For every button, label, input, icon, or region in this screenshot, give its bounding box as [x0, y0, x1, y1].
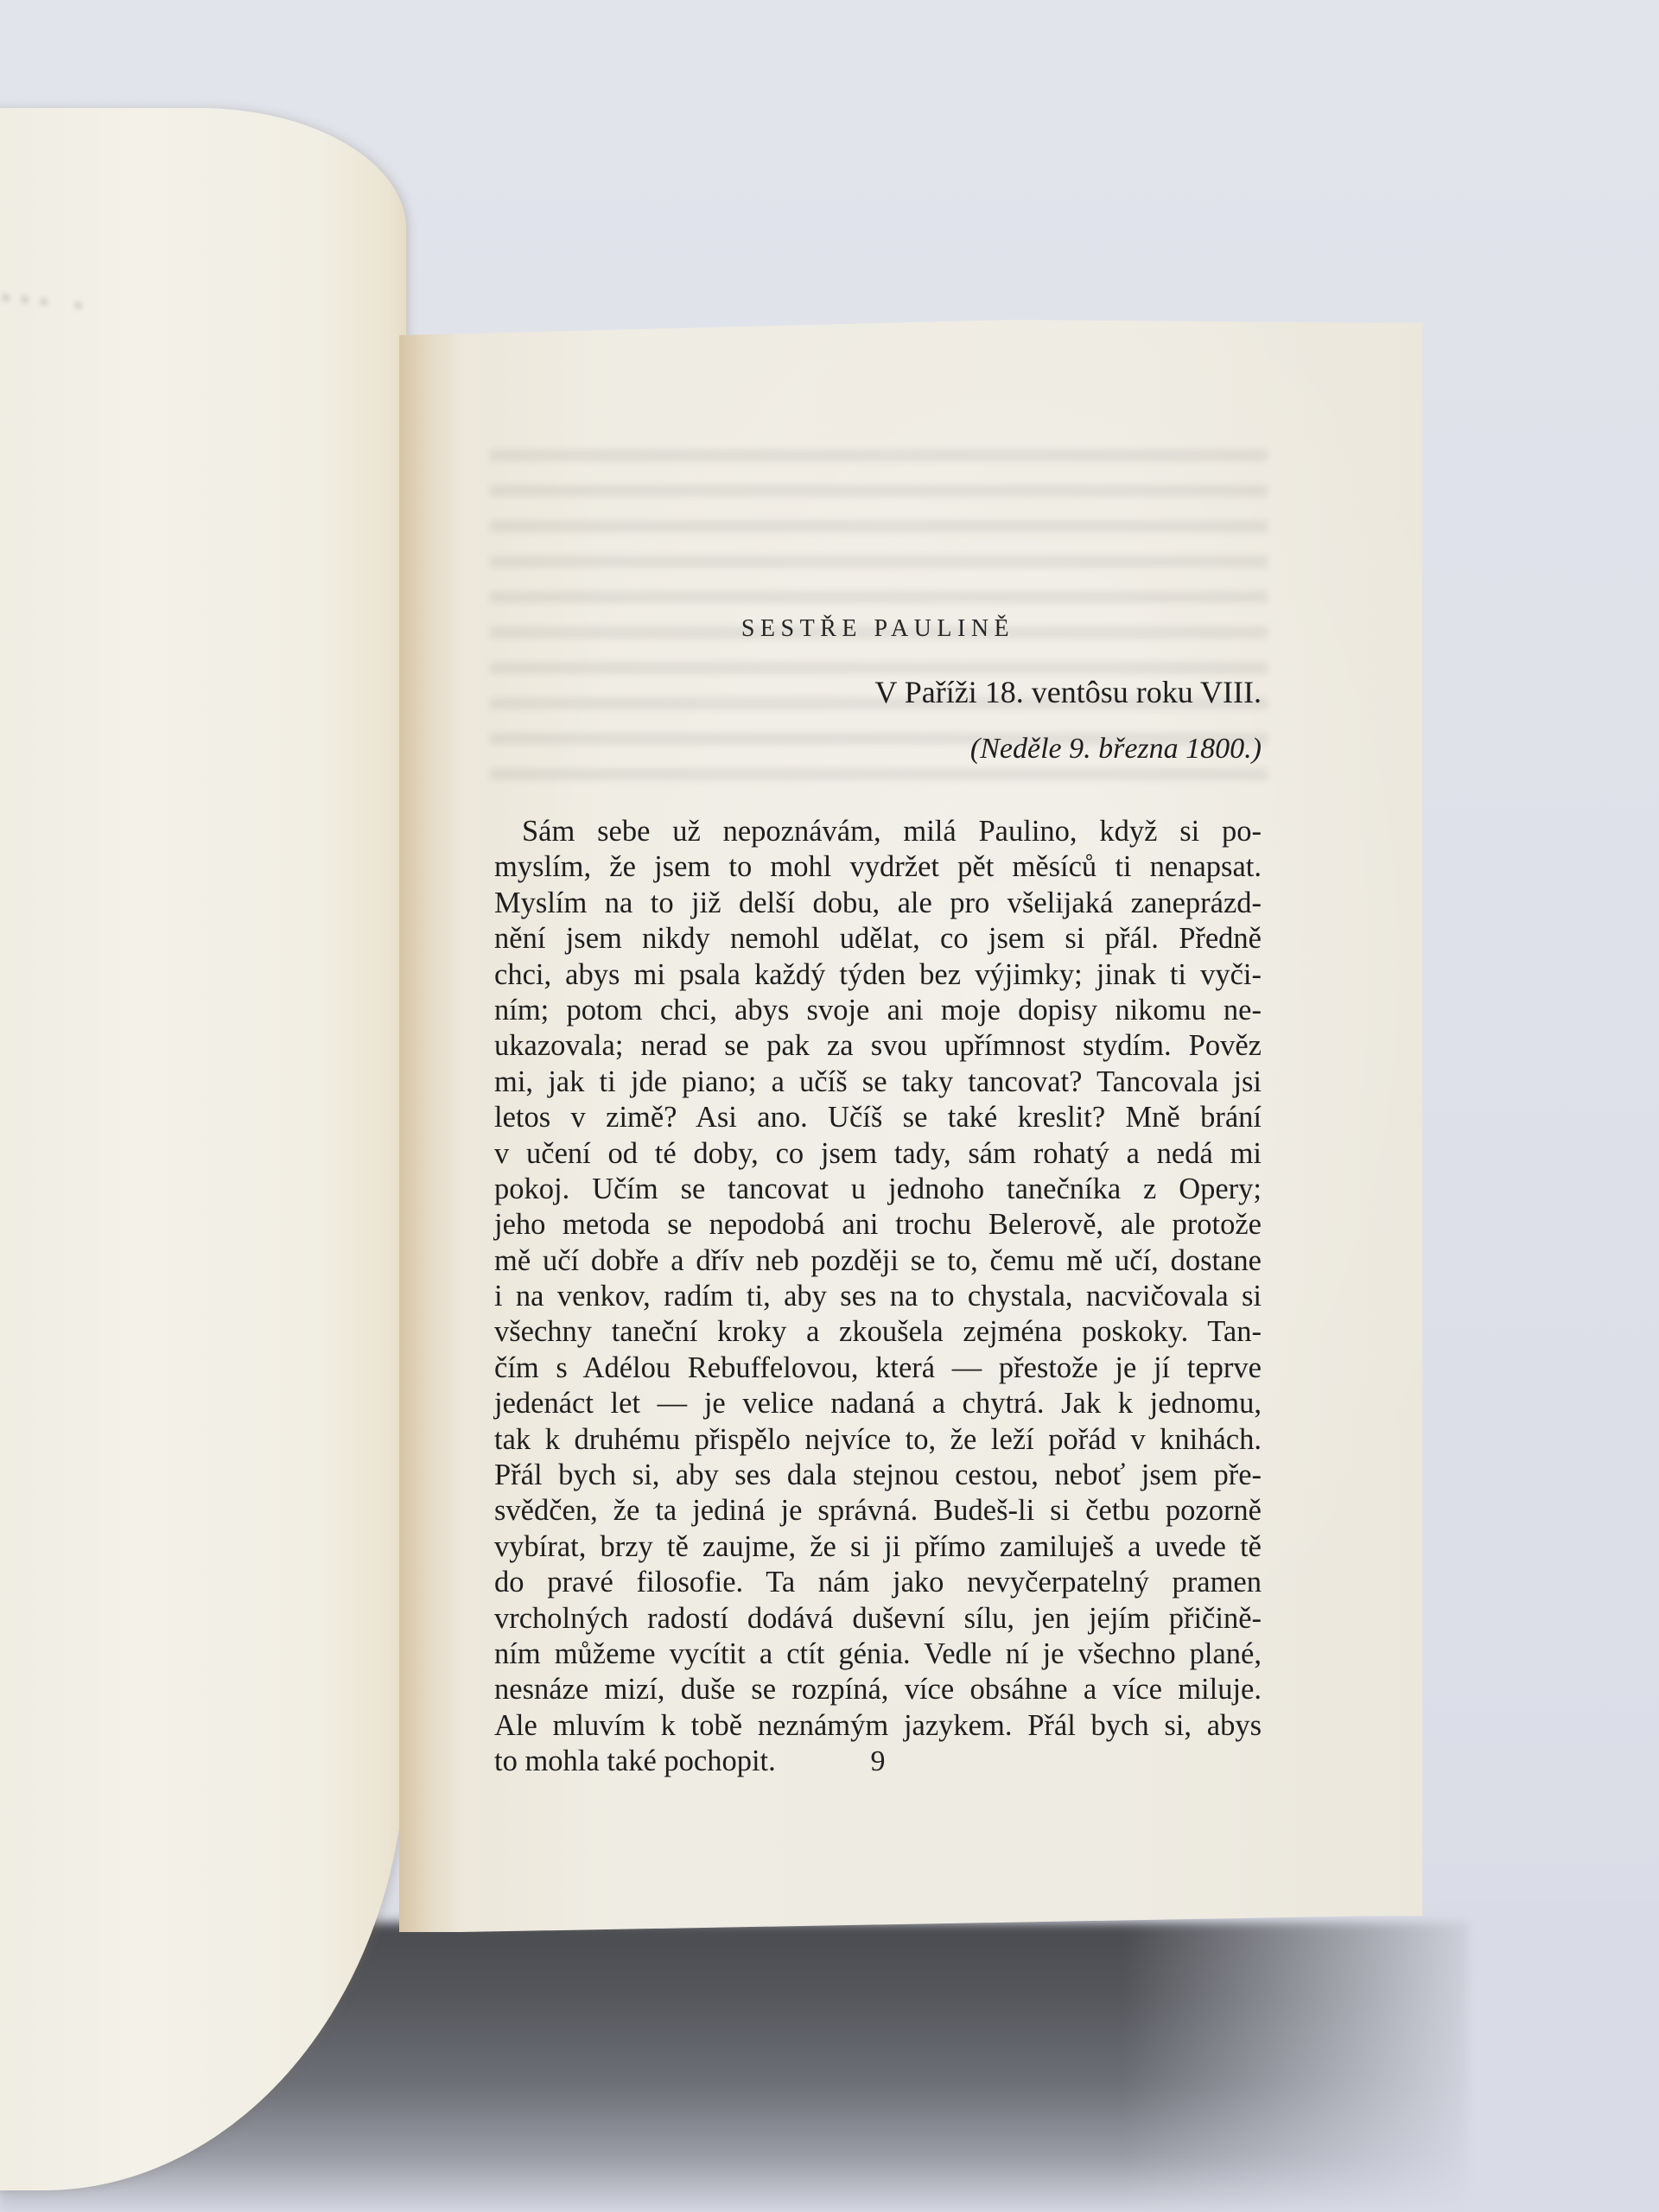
body-line: jedenáct let — je velice nadaná a chytrá… — [494, 1386, 1262, 1421]
body-line: mi, jak ti jde piano; a učíš se taky tan… — [494, 1065, 1262, 1100]
body-line: čím s Adélou Rebuffelovou, která — přest… — [494, 1351, 1262, 1386]
body-line: nesnáze mizí, duše se rozpíná, více obsá… — [494, 1672, 1262, 1707]
body-line: svědčen, že ta jediná je správná. Budeš-… — [494, 1493, 1262, 1529]
body-line: nění jsem nikdy nemohl udělat, co jsem s… — [494, 921, 1262, 957]
body-line: vrcholných radostí dodává duševní sílu, … — [494, 1601, 1262, 1637]
body-line: Sám sebe už nepoznávám, milá Paulino, kd… — [494, 814, 1262, 849]
body-line: myslím, že jsem to mohl vydržet pět měsí… — [494, 849, 1262, 885]
left-page-faint-header: ▪▪▪ ▪ — [0, 282, 157, 333]
letter-body: Sám sebe už nepoznávám, milá Paulino, kd… — [494, 814, 1262, 1780]
body-line: mě učí dobře a dřív neb později se to, č… — [494, 1243, 1262, 1279]
left-page-curled: ▪▪▪ ▪ — [0, 108, 406, 2190]
shadow-fade — [1123, 1901, 1659, 2212]
gutter-shade — [399, 320, 460, 1932]
body-line: i na venkov, radím ti, aby ses na to chy… — [494, 1279, 1262, 1314]
body-line: ním můžeme vycítit a ctít génia. Vedle n… — [494, 1637, 1262, 1672]
body-line: ním; potom chci, abys svoje ani moje dop… — [494, 993, 1262, 1028]
body-line: ukazovala; nerad se pak za svou upřímnos… — [494, 1028, 1262, 1064]
body-line: všechny taneční kroky a zkoušela zejména… — [494, 1314, 1262, 1350]
body-line: do pravé filosofie. Ta nám jako nevyčerp… — [494, 1565, 1262, 1600]
letter-heading: SESTŘE PAULINĚ — [494, 615, 1262, 643]
body-line: v učení od té doby, co jsem tady, sám ro… — [494, 1136, 1262, 1172]
body-line: Přál bych si, aby ses dala stejnou cesto… — [494, 1458, 1262, 1493]
page-number: 9 — [494, 1745, 1262, 1778]
date-note: (Neděle 9. března 1800.) — [970, 733, 1262, 766]
place-date-line: V Paříži 18. ventôsu roku VIII. — [874, 674, 1262, 710]
body-line: Ale mluvím k tobě neznámým jazykem. Přál… — [494, 1708, 1262, 1744]
body-line: pokoj. Učím se tancovat u jednoho tanečn… — [494, 1172, 1262, 1207]
body-line: tak k druhému přispělo nejvíce to, že le… — [494, 1422, 1262, 1458]
right-page: SESTŘE PAULINĚ V Paříži 18. ventôsu roku… — [399, 320, 1422, 1932]
body-line: letos v zimě? Asi ano. Učíš se také kres… — [494, 1100, 1262, 1135]
body-line: chci, abys mi psala každý týden bez výji… — [494, 957, 1262, 993]
body-line: jeho metoda se nepodobá ani trochu Beler… — [494, 1207, 1262, 1243]
body-line: Myslím na to již delší dobu, ale pro vše… — [494, 886, 1262, 921]
body-line: vybírat, brzy tě zaujme, že si ji přímo … — [494, 1529, 1262, 1565]
